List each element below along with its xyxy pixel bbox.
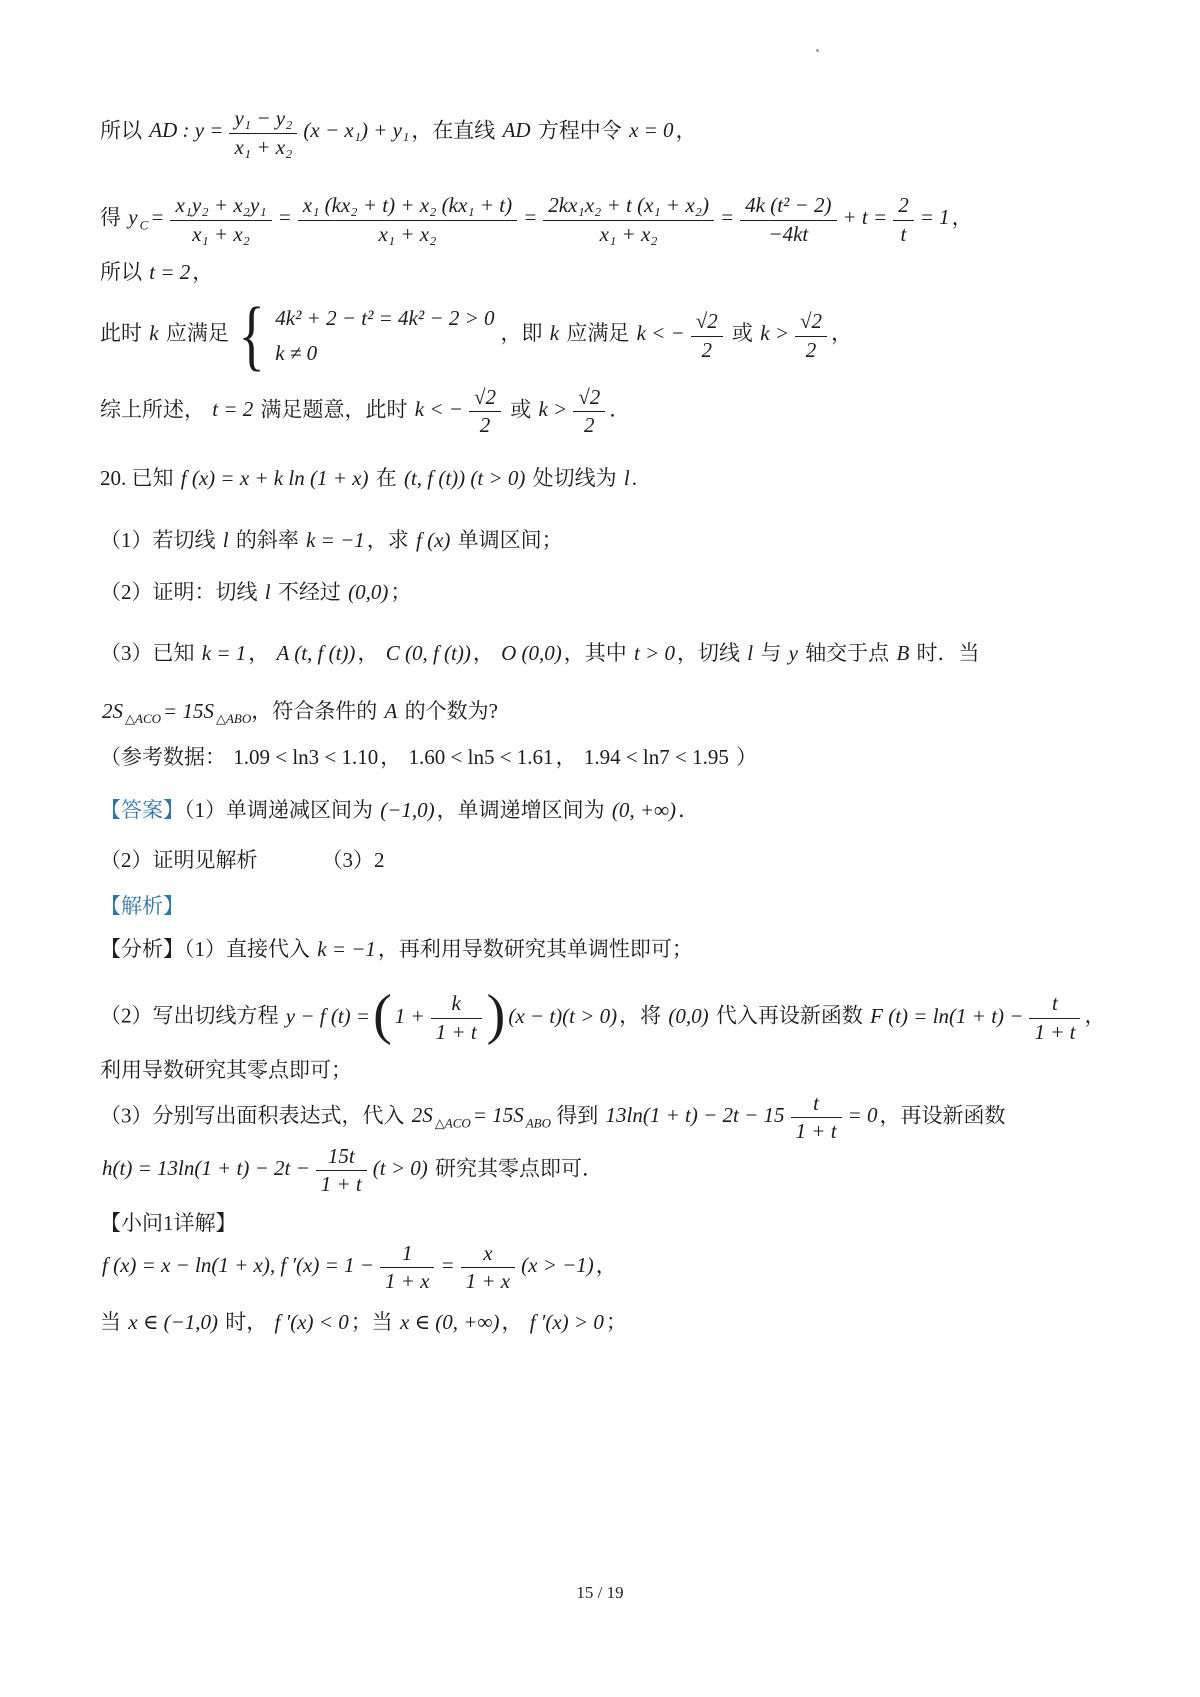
math-run: y	[789, 641, 798, 665]
math-run: f (x) = x + k ln (1 + x)	[181, 466, 369, 490]
math-run: (0,0)	[668, 1004, 708, 1028]
math-run: k	[149, 321, 158, 345]
line-t-equals-2: 所以 t = 2，	[100, 258, 1114, 286]
fraction: √22	[691, 309, 723, 362]
text-run: 得到	[551, 1103, 604, 1127]
math-run: F (t) = ln(1 + t) −	[870, 1004, 1023, 1028]
fraction: y₁ − y₂x₁ + x₂	[229, 106, 297, 159]
fraction-denominator: x₁ + x₂	[543, 221, 714, 247]
subscript: ABO	[526, 1115, 551, 1130]
math-run: k = −1	[317, 937, 376, 961]
math-run: (t > 0)	[373, 1156, 428, 1180]
subscript: C	[140, 218, 149, 233]
text-run: 此时	[100, 321, 147, 345]
text-run: ）	[731, 745, 757, 769]
text-run: ，单调递增区间为	[437, 798, 610, 822]
text-run: （3）已知	[100, 641, 200, 665]
text-run: 或	[505, 397, 537, 421]
document-page: 所以 AD : y =y₁ − y₂x₁ + x₂(x − x₁) + y₁，在…	[0, 0, 1200, 1336]
math-run: t > 0	[634, 641, 675, 665]
text-run: ，在直线	[411, 118, 500, 142]
text-run: ，	[952, 205, 973, 229]
text-run: （2）证明：切线	[100, 580, 263, 604]
fenxi-label: 【分析】	[100, 937, 184, 961]
math-run: 1 +	[395, 1004, 425, 1028]
text-run: 研究其零点即可．	[430, 1156, 603, 1180]
math-run: 1.60 < ln5 < 1.61	[409, 745, 554, 769]
fraction-numerator: √2	[795, 309, 827, 337]
fraction-numerator: √2	[691, 309, 723, 337]
line-part1: （1）若切线 l 的斜率 k = −1，求 f (x) 单调区间；	[100, 526, 1114, 554]
math-run: =	[150, 205, 164, 229]
math-run: t = 2	[149, 260, 190, 284]
text-run: 所以	[100, 260, 147, 284]
line-analysis-2b: 利用导数研究其零点即可；	[100, 1056, 1114, 1084]
text-run: ，即	[501, 321, 548, 345]
fraction-numerator: √2	[573, 385, 605, 413]
math-run: = 15S	[163, 699, 214, 723]
fraction-numerator: t	[791, 1091, 842, 1119]
line-question-20: 20. 已知 f (x) = x + k ln (1 + x) 在 (t, f …	[100, 464, 1114, 492]
math-run: k = 1	[202, 641, 247, 665]
fraction-denominator: x₁ + x₂	[229, 134, 297, 160]
page-number: 15 / 19	[0, 1583, 1200, 1603]
fraction: x₁y₂ + x₂y₁x₁ + x₂	[170, 193, 271, 246]
math-run: (0,0)	[348, 580, 388, 604]
math-run: (0, +∞)	[612, 798, 676, 822]
text-run: ，	[357, 641, 383, 665]
text-run: ，	[380, 745, 406, 769]
line-part2: （2）证明：切线 l 不经过 (0,0)；	[100, 578, 1114, 606]
math-run: f (x)	[416, 528, 450, 552]
math-run: = 15S	[473, 1103, 524, 1127]
line-ad-equation: 所以 AD : y =y₁ − y₂x₁ + x₂(x − x₁) + y₁，在…	[100, 106, 1114, 159]
line-summary: 综上所述， t = 2 满足题意，此时 k < −√22 或 k >√22．	[100, 385, 1114, 438]
fraction-denominator: −4kt	[740, 221, 836, 247]
math-run: =	[523, 205, 537, 229]
text-run: ，	[1084, 1004, 1105, 1028]
math-run: (−1,0)	[380, 798, 434, 822]
fraction-numerator: 2	[893, 193, 914, 221]
line-analysis-3b: h(t) = 13ln(1 + t) − 2t −15t1 + t(t > 0)…	[100, 1144, 1114, 1197]
fraction-denominator: 1 + t	[791, 1118, 842, 1144]
math-run: AD : y =	[149, 118, 223, 142]
math-run: 4k² + 2 − t² = 4k² − 2 > 0	[275, 304, 494, 332]
text-run: 处切线为	[527, 466, 622, 490]
text-run: ，	[473, 641, 499, 665]
math-run: 1.09 < ln3 < 1.10	[233, 745, 378, 769]
text-run: ，其中	[564, 641, 632, 665]
fraction-denominator: 2	[573, 412, 605, 438]
text-run: 当	[100, 1310, 126, 1334]
math-run: y	[128, 205, 137, 229]
fraction-denominator: x₁ + x₂	[298, 221, 517, 247]
math-run: k >	[760, 321, 789, 345]
fraction-denominator: 1 + t	[431, 1019, 482, 1045]
fraction-numerator: x	[461, 1241, 516, 1269]
math-run: k = −1	[306, 528, 365, 552]
line-reference-data: （参考数据： 1.09 < ln3 < 1.10， 1.60 < ln5 < 1…	[100, 743, 1114, 771]
fraction: x1 + x	[461, 1241, 516, 1294]
text-run: 代入再设新函数	[711, 1004, 869, 1028]
math-run: B	[896, 641, 909, 665]
text-run: ，符合条件的	[251, 699, 382, 723]
text-run: 时，	[220, 1310, 273, 1334]
line-analysis-1: 【分析】（1）直接代入 k = −1，再利用导数研究其单调性即可；	[100, 935, 1114, 963]
text-run: ；	[390, 580, 411, 604]
text-run: ，将	[619, 1004, 666, 1028]
math-run: A (t, f (t))	[277, 641, 356, 665]
text-run: ，再利用导数研究其单调性即可；	[378, 937, 693, 961]
line-monotonic: 当 x ∈ (−1,0) 时， f ′(x) < 0；当 x ∈ (0, +∞)…	[100, 1308, 1114, 1336]
fraction: 11 + x	[380, 1241, 435, 1294]
fraction: t1 + t	[791, 1091, 842, 1144]
text-run: ，再设新函数	[879, 1103, 1005, 1127]
text-run: 综上所述，	[100, 397, 210, 421]
text-run: 的个数为?	[399, 699, 498, 723]
fraction-denominator: 1 + x	[461, 1268, 516, 1294]
fraction: √22	[795, 309, 827, 362]
text-run: 时．当	[911, 641, 979, 665]
fraction: 2t	[893, 193, 914, 246]
math-run: x ∈ (0, +∞)	[400, 1310, 500, 1334]
fraction-denominator: 1 + t	[1029, 1019, 1080, 1045]
fraction-numerator: x₁y₂ + x₂y₁	[170, 193, 271, 221]
text-run: 方程中令	[533, 118, 628, 142]
text-run: （1）单调递减区间为	[184, 798, 378, 822]
math-run: l	[624, 466, 630, 490]
fraction-denominator: t	[893, 221, 914, 247]
math-run: A	[385, 699, 398, 723]
text-run: 与	[755, 641, 787, 665]
line-derivative: f (x) = x − ln(1 + x), f ′(x) = 1 −11 + …	[100, 1241, 1114, 1294]
math-run: (x − t)(t > 0)	[508, 1004, 617, 1028]
math-run: 1.94 < ln7 < 1.95	[584, 745, 729, 769]
text-run: （2）证明见解析	[100, 848, 258, 872]
math-run: (t, f (t)) (t > 0)	[404, 466, 525, 490]
text-run: 应满足	[561, 321, 635, 345]
text-run: ，	[831, 321, 852, 345]
text-run: ，	[596, 1253, 617, 1277]
fraction: √22	[469, 385, 501, 438]
text-run: 应满足	[161, 321, 229, 345]
fraction: 4k (t² − 2)−4kt	[740, 193, 836, 246]
math-run: + t =	[843, 205, 888, 229]
math-run: 2S	[412, 1103, 433, 1127]
text-run: 得	[100, 205, 126, 229]
text-run: 单调区间；	[452, 528, 562, 552]
text-run: （1）若切线	[100, 528, 221, 552]
fraction: 15t1 + t	[316, 1144, 367, 1197]
math-run: k < −	[415, 397, 463, 421]
big-paren-right: )	[487, 984, 506, 1046]
math-run: =	[720, 205, 734, 229]
text-run: ．	[609, 397, 630, 421]
math-run: k ≠ 0	[275, 339, 494, 367]
math-run: = 1	[920, 205, 950, 229]
fraction-numerator: √2	[469, 385, 501, 413]
math-run: x = 0	[629, 118, 674, 142]
text-run: ；当	[351, 1310, 398, 1334]
fraction-numerator: 15t	[316, 1144, 367, 1172]
text-run: 不经过	[273, 580, 347, 604]
text-run: 满足题意，此时	[255, 397, 413, 421]
text-run: ，切线	[677, 641, 745, 665]
text-run: 或	[727, 321, 759, 345]
line-answer-2-3: （2）证明见解析（3）2	[100, 846, 1114, 874]
math-run: (x − x₁) + y₁	[303, 118, 409, 142]
fraction-numerator: x₁ (kx₂ + t) + x₂ (kx₁ + t)	[298, 193, 517, 221]
text-run: 利用导数研究其零点即可；	[100, 1058, 352, 1082]
math-run: h(t) = 13ln(1 + t) − 2t −	[102, 1156, 310, 1180]
text-run: （1）直接代入	[184, 937, 315, 961]
math-run: f ′(x) < 0	[275, 1310, 349, 1334]
math-run: k	[550, 321, 559, 345]
fraction-denominator: x₁ + x₂	[170, 221, 271, 247]
math-run: AD	[503, 118, 531, 142]
text-run: （3）2	[322, 848, 385, 872]
line-k-condition: 此时 k 应满足{4k² + 2 − t² = 4k² − 2 > 0k ≠ 0…	[100, 302, 1114, 368]
fraction-denominator: 1 + x	[380, 1268, 435, 1294]
text-run: .	[632, 466, 637, 490]
math-run: y − f (t) =	[286, 1004, 370, 1028]
text-run: 在	[370, 466, 402, 490]
text-run: （参考数据：	[100, 745, 231, 769]
fraction-numerator: 1	[380, 1241, 435, 1269]
answer-label: 【答案】	[100, 798, 184, 822]
big-paren-left: (	[373, 984, 392, 1046]
fraction: 2kx₁x₂ + t (x₁ + x₂)x₁ + x₂	[543, 193, 714, 246]
text-run: （3）分别写出面积表达式，代入	[100, 1103, 410, 1127]
fraction-numerator: 2kx₁x₂ + t (x₁ + x₂)	[543, 193, 714, 221]
text-run: ．	[678, 798, 699, 822]
fraction: k1 + t	[431, 991, 482, 1044]
math-run: (x > −1)	[521, 1253, 594, 1277]
math-run: k >	[538, 397, 567, 421]
line-subq1-label: 【小问1详解】	[100, 1209, 1114, 1237]
text-run: 轴交于点	[800, 641, 895, 665]
analysis-label: 【解析】	[100, 894, 184, 918]
fraction-denominator: 2	[469, 412, 501, 438]
subscript: △ABO	[216, 711, 251, 726]
line-analysis-3: （3）分别写出面积表达式，代入 2S△ACO= 15SABO 得到 13ln(1…	[100, 1091, 1114, 1144]
math-run: l	[747, 641, 753, 665]
fraction-numerator: 4k (t² − 2)	[740, 193, 836, 221]
fraction: √22	[573, 385, 605, 438]
text-run: 的斜率	[231, 528, 305, 552]
left-brace: {	[238, 302, 264, 368]
line-jiexi-label: 【解析】	[100, 892, 1114, 920]
math-run: k < −	[637, 321, 685, 345]
text-run: ，	[676, 118, 697, 142]
fraction: t1 + t	[1029, 991, 1080, 1044]
fraction-denominator: 1 + t	[316, 1171, 367, 1197]
math-run: =	[440, 1253, 454, 1277]
math-run: f ′(x) > 0	[530, 1310, 604, 1334]
math-run: x ∈ (−1,0)	[128, 1310, 218, 1334]
fraction-numerator: t	[1029, 991, 1080, 1019]
line-area-condition: 2S△ACO= 15S△ABO，符合条件的 A 的个数为?	[100, 697, 1114, 725]
math-run: f (x) = x − ln(1 + x), f ′(x) = 1 −	[102, 1253, 374, 1277]
line-analysis-2: （2）写出切线方程 y − f (t) =(1 +k1 + t)(x − t)(…	[100, 991, 1114, 1044]
line-yc-equation: 得 yC=x₁y₂ + x₂y₁x₁ + x₂=x₁ (kx₂ + t) + x…	[100, 193, 1114, 246]
math-run: 2S	[102, 699, 123, 723]
subq1-label: 【小问1详解】	[100, 1211, 237, 1235]
text-run: ，	[192, 260, 213, 284]
text-run: 所以	[100, 118, 147, 142]
math-run: l	[265, 580, 271, 604]
text-run: ，	[501, 1310, 527, 1334]
math-run: C (0, f (t))	[386, 641, 471, 665]
subscript: △ACO	[125, 711, 161, 726]
text-run: （2）写出切线方程	[100, 1004, 284, 1028]
fraction-numerator: y₁ − y₂	[229, 106, 297, 134]
text-run: ，	[556, 745, 582, 769]
math-run: t = 2	[212, 397, 253, 421]
text-run: ；	[606, 1310, 627, 1334]
line-answer: 【答案】（1）单调递减区间为 (−1,0)，单调递增区间为 (0, +∞)．	[100, 796, 1114, 824]
brace-system: {4k² + 2 − t² = 4k² − 2 > 0k ≠ 0	[233, 302, 497, 368]
text-run: ，	[248, 641, 274, 665]
subscript: △ACO	[435, 1115, 471, 1130]
text-run: 20. 已知	[100, 466, 179, 490]
text-run: ，求	[367, 528, 414, 552]
math-run: =	[278, 205, 292, 229]
fraction-denominator: 2	[795, 337, 827, 363]
fraction-numerator: k	[431, 991, 482, 1019]
fraction-denominator: 2	[691, 337, 723, 363]
fraction: x₁ (kx₂ + t) + x₂ (kx₁ + t)x₁ + x₂	[298, 193, 517, 246]
math-run: 13ln(1 + t) − 2t − 15	[606, 1103, 785, 1127]
line-part3: （3）已知 k = 1， A (t, f (t))， C (0, f (t))，…	[100, 639, 1114, 667]
math-run: O (0,0)	[501, 641, 562, 665]
stray-mark	[816, 49, 819, 52]
math-run: = 0	[848, 1103, 878, 1127]
math-run: l	[223, 528, 229, 552]
